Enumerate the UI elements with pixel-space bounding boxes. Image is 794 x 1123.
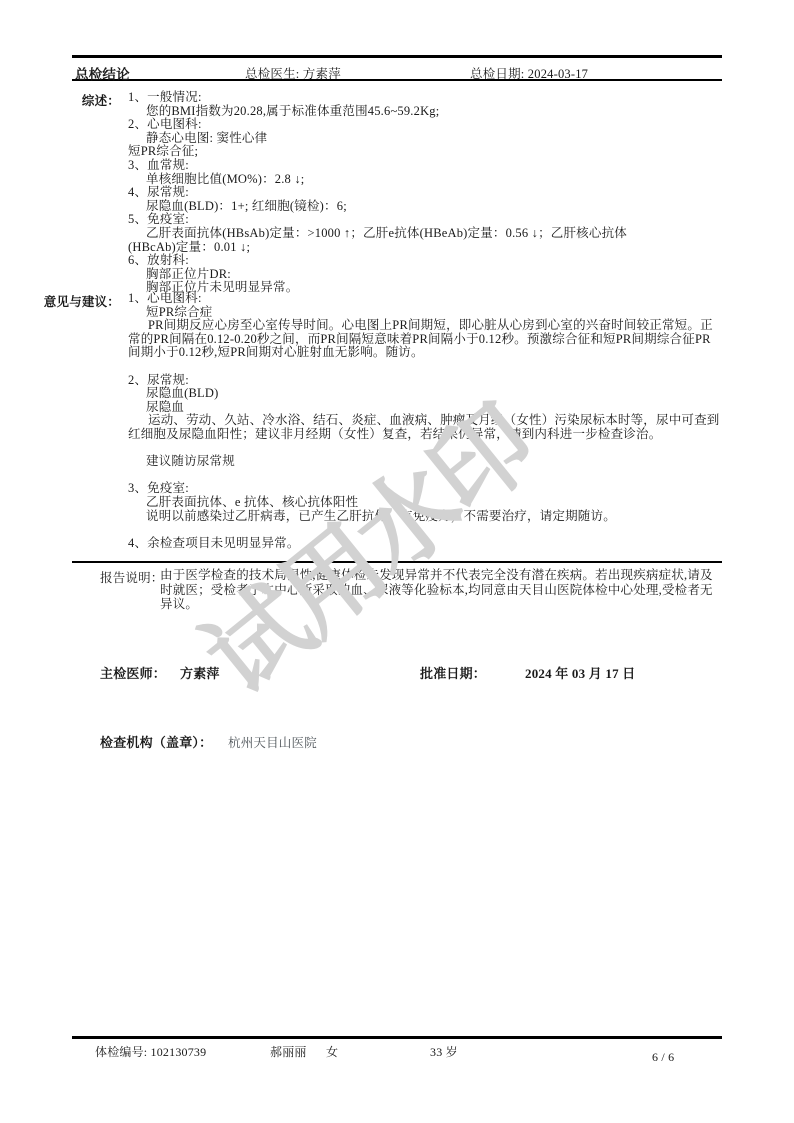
chief-examiner-label: 主检医师： [100,663,166,682]
text-line: 运动、劳动、久站、冷水浴、结石、炎症、血液病、肿瘤及月经（女性）污染尿标本时等，… [128,414,722,441]
text-line: 短PR综合征; [128,145,722,159]
text-line: 建议随访尿常规 [128,455,722,469]
footer-divider-line [72,1036,722,1039]
text-line: 单核细胞比值(MO%)：2.8 ↓; [128,173,722,187]
report-header: 总检结论 总检医生: 方素萍 总检日期: 2024-03-17 [72,55,722,81]
report-note-text: 由于医学检查的技术局限性,健康体检未发现异常并不代表完全没有潜在疾病。若出现疾病… [160,568,722,612]
approval-date-value: 2024 年 03 月 17 日 [525,663,635,682]
text-line [128,360,722,374]
text-line: 3、免疫室: [128,482,722,496]
section-divider-line [72,561,722,563]
text-line: 尿隐血(BLD) [128,387,722,401]
page-number: 6 / 6 [652,1050,674,1065]
text-line: 静态心电图: 窦性心律 [128,132,722,146]
text-line: PR间期反应心房至心室传导时间。心电图上PR间期短，即心脏从心房到心室的兴奋时间… [128,319,722,360]
text-line: 1、心电图科: [128,292,722,306]
header-chief-doctor: 总检医生: 方素萍 [245,64,341,82]
text-line: (HBcAb)定量：0.01 ↓; [128,241,722,255]
text-line: 说明以前感染过乙肝病毒，已产生乙肝抗体，有免疫力，不需要治疗，请定期随访。 [128,510,722,524]
report-note-label: 报告说明： [100,568,164,586]
medical-report-page: 试用水印 总检结论 总检医生: 方素萍 总检日期: 2024-03-17 综述：… [0,0,794,1123]
text-line: 3、血常规: [128,159,722,173]
text-line: 5、免疫室: [128,213,722,227]
text-line: 2、心电图科: [128,118,722,132]
patient-name: 郝丽丽 [270,1043,307,1060]
summary-content: 1、一般情况:您的BMI指数为20.28,属于标准体重范围45.6~59.2Kg… [128,91,722,295]
approval-date-label: 批准日期： [420,663,486,682]
text-line: 4、余检查项目未见明显异常。 [128,537,722,551]
text-line: 乙肝表面抗体、e 抗体、核心抗体阳性 [128,496,722,510]
chief-examiner-name: 方素萍 [180,663,220,682]
approval-row: 主检医师： 方素萍 批准日期： 2024 年 03 月 17 日 [0,663,794,681]
text-line: 1、一般情况: [128,91,722,105]
text-line: 4、尿常规: [128,186,722,200]
patient-age: 33 岁 [430,1043,458,1060]
text-line: 尿隐血(BLD)：1+; 红细胞(镜检)：6; [128,200,722,214]
exam-number: 体检编号: 102130739 [95,1043,206,1060]
summary-section-label: 综述： [0,91,120,109]
institution-label: 检查机构（盖章）： [100,732,212,751]
patient-gender: 女 [326,1043,338,1060]
header-exam-date: 总检日期: 2024-03-17 [470,64,588,82]
text-line: 6、放射科: [128,254,722,268]
footer-row: 体检编号: 102130739 郝丽丽 女 33 岁 [0,1043,794,1059]
institution-row: 检查机构（盖章）： 杭州天目山医院 [0,732,794,750]
text-line: 乙肝表面抗体(HBsAb)定量：>1000 ↑；乙肝e抗体(HBeAb)定量：0… [128,227,722,241]
text-line [128,523,722,537]
suggestions-section-label: 意见与建议： [0,292,120,310]
header-title: 总检结论 [75,63,130,83]
suggestions-content: 1、心电图科:短PR综合症PR间期反应心房至心室传导时间。心电图上PR间期短，即… [128,292,722,550]
institution-name-stamp: 杭州天目山医院 [228,733,317,751]
text-line: 您的BMI指数为20.28,属于标准体重范围45.6~59.2Kg; [128,105,722,119]
text-line [128,469,722,483]
